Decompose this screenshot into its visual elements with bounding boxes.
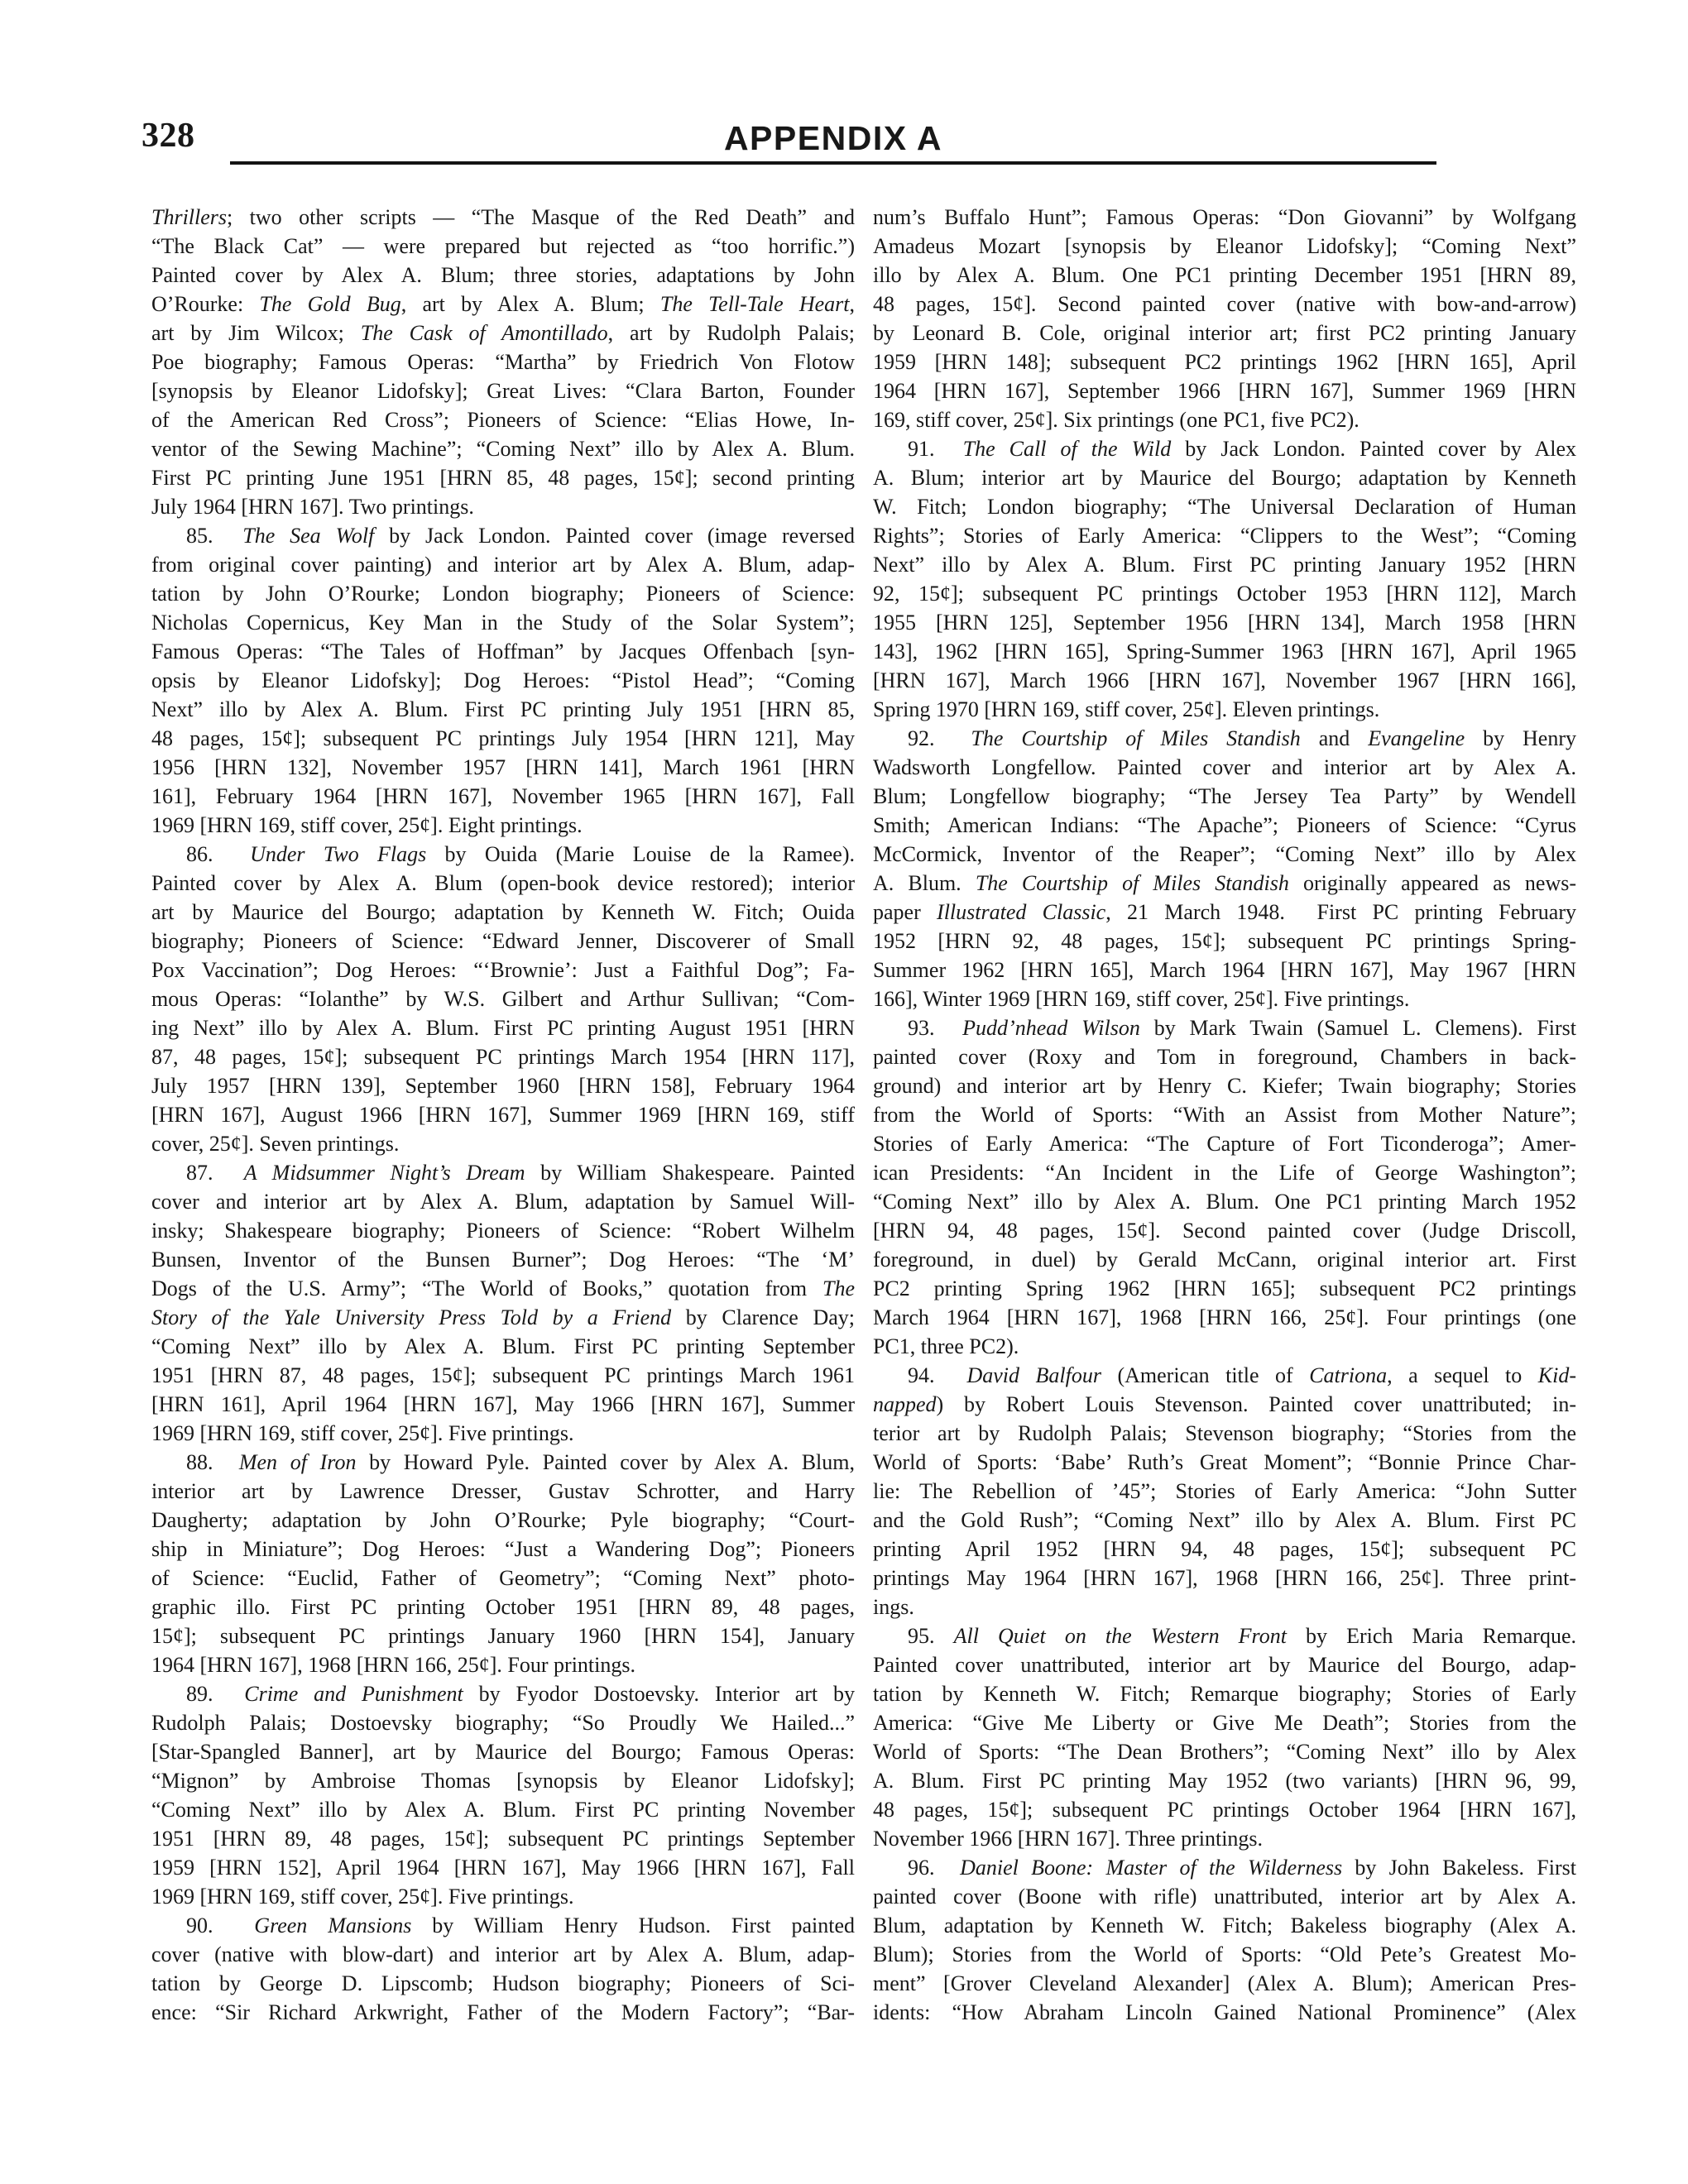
text-line: ican Presidents: “An Incident in the Lif… [873,1158,1576,1187]
text-line: Next” illo by Alex A. Blum. First PC pri… [873,550,1576,579]
text-line: 1969 [HRN 169, stiff cover, 25¢]. Eight … [151,811,855,840]
text-segment: tation by John O’Rourke; London biograph… [151,582,855,606]
text-line: by Leonard B. Cole, original interior ar… [873,318,1576,347]
italic-text-segment: Crime and Punishment [244,1682,463,1706]
italic-text-segment: Green Mansions [254,1913,411,1937]
text-segment: “Coming Next” illo by Alex A. Blum. Firs… [151,1334,855,1358]
text-segment: Spring 1970 [HRN 169, stiff cover, 25¢].… [873,697,1379,721]
text-segment: 92. [908,726,971,750]
text-segment: painted cover (Boone with rifle) unattri… [873,1885,1576,1909]
text-segment: by Leonard B. Cole, original interior ar… [873,321,1576,345]
page-number: 328 [141,118,195,153]
text-segment: , 21 March 1948. First PC printing Febru… [1105,900,1576,924]
text-segment: America: “Give Me Liberty or Give Me Dea… [873,1711,1576,1735]
text-line: illo by Alex A. Blum. One PC1 printing D… [873,261,1576,290]
text-line: 92. The Courtship of Miles Standish and … [873,724,1576,753]
text-line: 1959 [HRN 152], April 1964 [HRN 167], Ma… [151,1853,855,1882]
text-segment: [Star-Spangled Banner], art by Maurice d… [151,1740,855,1764]
text-segment: ground) and interior art by Henry C. Kie… [873,1074,1576,1098]
text-line: painted cover (Boone with rifle) unattri… [873,1882,1576,1911]
text-line: Smith; American Indians: “The Apache”; P… [873,811,1576,840]
text-segment: McCormick, Inventor of the Reaper”; “Com… [873,842,1576,866]
book-page: 328 APPENDIX A Thrillers; two other scri… [0,0,1688,2184]
text-segment: printings May 1964 [HRN 167], 1968 [HRN … [873,1566,1576,1590]
text-segment: Poe biography; Famous Operas: “Martha” b… [151,350,855,374]
text-line: lie: The Rebellion of ’45”; Stories of E… [873,1477,1576,1506]
text-segment: 93. [908,1016,962,1040]
text-segment: and the Gold Rush”; “Coming Next” illo b… [873,1508,1576,1532]
text-line: of the American Red Cross”; Pioneers of … [151,405,855,434]
text-line: of Science: “Euclid, Father of Geometry”… [151,1564,855,1592]
text-segment: lie: The Rebellion of ’45”; Stories of E… [873,1479,1576,1503]
text-segment: First PC printing June 1951 [HRN 85, 48 … [151,466,855,490]
text-segment: 90. [186,1913,254,1937]
italic-text-segment: A Midsummer Night’s Dream [244,1161,525,1185]
text-segment: interior art by Lawrence Dresser, Gustav… [151,1479,855,1503]
text-line: March 1964 [HRN 167], 1968 [HRN 166, 25¢… [873,1303,1576,1332]
text-segment: Dogs of the U.S. Army”; “The World of Bo… [151,1276,822,1300]
text-segment: by Erich Maria Remarque. [1287,1624,1576,1648]
text-segment: of Science: “Euclid, Father of Geometry”… [151,1566,855,1590]
text-line: 166], Winter 1969 [HRN 169, stiff cover,… [873,984,1576,1013]
text-segment: ence: “Sir Richard Arkwright, Father of … [151,2000,855,2024]
text-segment: 169, stiff cover, 25¢]. Six printings (o… [873,408,1360,432]
text-segment: [HRN 167], March 1966 [HRN 167], Novembe… [873,668,1576,692]
text-segment: 15¢]; subsequent PC printings January 19… [151,1624,855,1648]
text-line: napped) by Robert Louis Stevenson. Paint… [873,1390,1576,1419]
text-segment: by William Henry Hudson. First painted [411,1913,855,1937]
text-line: opsis by Eleanor Lidofsky]; Dog Heroes: … [151,666,855,695]
text-segment: 85. [186,524,242,548]
text-segment: by Ouida (Marie Louise de la Ramee). [426,842,855,866]
text-segment: [HRN 161], April 1964 [HRN 167], May 196… [151,1392,855,1416]
text-segment: 1964 [HRN 167], September 1966 [HRN 167]… [873,379,1576,403]
text-segment: originally appeared as news- [1289,871,1576,895]
text-line: 1955 [HRN 125], September 1956 [HRN 134]… [873,608,1576,637]
text-segment: 48 pages, 15¢]; subsequent PC printings … [873,1798,1576,1822]
text-segment: of the American Red Cross”; Pioneers of … [151,408,855,432]
text-line: ground) and interior art by Henry C. Kie… [873,1071,1576,1100]
text-line: McCormick, Inventor of the Reaper”; “Com… [873,840,1576,869]
text-segment: Wadsworth Longfellow. Painted cover and … [873,755,1576,779]
text-segment: illo by Alex A. Blum. One PC1 printing D… [873,263,1576,287]
text-segment: by Mark Twain (Samuel L. Clemens). First [1140,1016,1576,1040]
text-segment: 95. [908,1624,954,1648]
text-segment: Next” illo by Alex A. Blum. First PC pri… [151,697,855,721]
text-line: 87. A Midsummer Night’s Dream by William… [151,1158,855,1187]
text-segment: 92, 15¢]; subsequent PC printings Octobe… [873,582,1576,606]
text-line: 96. Daniel Boone: Master of the Wilderne… [873,1853,1576,1882]
text-segment: tation by George D. Lipscomb; Hudson bio… [151,1971,855,1995]
text-segment: “Coming Next” illo by Alex A. Blum. Firs… [151,1798,855,1822]
text-line: 93. Pudd’nhead Wilson by Mark Twain (Sam… [873,1013,1576,1042]
italic-text-segment: Under Two Flags [250,842,426,866]
text-line: Story of the Yale University Press Told … [151,1303,855,1332]
text-line: 87, 48 pages, 15¢]; subsequent PC printi… [151,1042,855,1071]
text-line: interior art by Lawrence Dresser, Gustav… [151,1477,855,1506]
text-line: printings May 1964 [HRN 167], 1968 [HRN … [873,1564,1576,1592]
text-line: [synopsis by Eleanor Lidofsky]; Great Li… [151,376,855,405]
text-line: ship in Miniature”; Dog Heroes: “Just a … [151,1535,855,1564]
text-segment: , art by Rudolph Palais; [608,321,855,345]
text-segment: art by Jim Wilcox; [151,321,361,345]
text-line: A. Blum. The Courtship of Miles Standish… [873,869,1576,898]
text-segment: World of Sports: ‘Babe’ Ruth’s Great Mom… [873,1450,1576,1474]
text-line: graphic illo. First PC printing October … [151,1592,855,1621]
text-segment: by Henry [1465,726,1576,750]
text-segment: , art by Alex A. Blum; [401,292,660,316]
text-line: ing Next” illo by Alex A. Blum. First PC… [151,1013,855,1042]
text-line: World of Sports: “The Dean Brothers”; “C… [873,1737,1576,1766]
text-segment: Pox Vaccination”; Dog Heroes: “‘Brownie’… [151,958,855,982]
text-line: O’Rourke: The Gold Bug, art by Alex A. B… [151,290,855,318]
text-line: Wadsworth Longfellow. Painted cover and … [873,753,1576,782]
text-line: Dogs of the U.S. Army”; “The World of Bo… [151,1274,855,1303]
text-segment: Stories of Early America: “The Capture o… [873,1132,1576,1156]
italic-text-segment: The Cask of Amontillado [361,321,608,345]
text-line: World of Sports: ‘Babe’ Ruth’s Great Mom… [873,1448,1576,1477]
text-line: 92, 15¢]; subsequent PC printings Octobe… [873,579,1576,608]
text-line: 48 pages, 15¢]; subsequent PC printings … [873,1795,1576,1824]
text-line: 15¢]; subsequent PC printings January 19… [151,1621,855,1650]
text-segment: terior art by Rudolph Palais; Stevenson … [873,1421,1576,1445]
text-segment: biography; Pioneers of Science: “Edward … [151,929,855,953]
italic-text-segment: Pudd’nhead Wilson [962,1016,1140,1040]
text-segment: [synopsis by Eleanor Lidofsky]; Great Li… [151,379,855,403]
text-segment: Amadeus Mozart [synopsis by Eleanor Lido… [873,234,1576,258]
text-segment: 91. [908,437,963,461]
text-line: mous Operas: “Iolanthe” by W.S. Gilbert … [151,984,855,1013]
text-line: Painted cover by Alex A. Blum; three sto… [151,261,855,290]
text-segment: 89. [186,1682,244,1706]
text-segment: printing April 1952 [HRN 94, 48 pages, 1… [873,1537,1576,1561]
text-line: printing April 1952 [HRN 94, 48 pages, 1… [873,1535,1576,1564]
italic-text-segment: Daniel Boone: Master of the Wilderness [960,1856,1342,1880]
italic-text-segment: The Courtship of Miles Standish [976,871,1289,895]
text-segment: painted cover (Roxy and Tom in foregroun… [873,1045,1576,1069]
text-line: 161], February 1964 [HRN 167], November … [151,782,855,811]
text-segment: “Mignon” by Ambroise Thomas [synopsis by… [151,1769,855,1793]
text-segment: Rights”; Stories of Early America: “Clip… [873,524,1576,548]
text-line: Bunsen, Inventor of the Bunsen Burner”; … [151,1245,855,1274]
text-segment: cover, 25¢]. Seven printings. [151,1132,399,1156]
text-line: 85. The Sea Wolf by Jack London. Painted… [151,521,855,550]
text-segment: 86. [186,842,250,866]
text-line: Stories of Early America: “The Capture o… [873,1129,1576,1158]
text-line: Painted cover by Alex A. Blum (open-book… [151,869,855,898]
text-line: 48 pages, 15¢]. Second painted cover (na… [873,290,1576,318]
text-line: painted cover (Roxy and Tom in foregroun… [873,1042,1576,1071]
text-line: tation by Kenneth W. Fitch; Remarque bio… [873,1679,1576,1708]
text-segment: , a sequel to [1387,1363,1538,1387]
italic-text-segment: Thrillers [151,205,227,229]
text-line: ings. [873,1592,1576,1621]
text-segment: ment” [Grover Cleveland Alexander] (Alex… [873,1971,1576,1995]
text-segment: by Howard Pyle. Painted cover by Alex A.… [356,1450,855,1474]
text-segment: , [850,292,855,316]
text-line: ventor of the Sewing Machine”; “Coming N… [151,434,855,463]
text-segment: by Clarence Day; [671,1305,855,1329]
text-segment: [HRN 94, 48 pages, 15¢]. Second painted … [873,1219,1576,1243]
text-line: 1959 [HRN 148]; subsequent PC2 printings… [873,347,1576,376]
text-line: 48 pages, 15¢]; subsequent PC printings … [151,724,855,753]
italic-text-segment: Evangeline [1368,726,1465,750]
text-segment: tation by Kenneth W. Fitch; Remarque bio… [873,1682,1576,1706]
text-segment: by Jack London. Painted cover by Alex [1171,437,1576,461]
text-line: 94. David Balfour (American title of Cat… [873,1361,1576,1390]
text-column-left: Thrillers; two other scripts — “The Masq… [151,203,855,2027]
italic-text-segment: Kid- [1538,1363,1576,1387]
text-line: “Coming Next” illo by Alex A. Blum. Firs… [151,1795,855,1824]
text-segment: 96. [908,1856,960,1880]
text-line: 1951 [HRN 87, 48 pages, 15¢]; subsequent… [151,1361,855,1390]
italic-text-segment: All Quiet on the Western Front [954,1624,1287,1648]
text-line: “Coming Next” illo by Alex A. Blum. Firs… [151,1332,855,1361]
text-segment: Blum); Stories from the World of Sports:… [873,1942,1576,1966]
text-segment: Rudolph Palais; Dostoevsky biography; “S… [151,1711,855,1735]
text-segment: 1952 [HRN 92, 48 pages, 15¢]; subsequent… [873,929,1576,953]
text-segment: 94. [908,1363,966,1387]
text-line: cover, 25¢]. Seven printings. [151,1129,855,1158]
text-line: and the Gold Rush”; “Coming Next” illo b… [873,1506,1576,1535]
text-segment: Next” illo by Alex A. Blum. First PC pri… [873,553,1576,577]
text-segment: 1959 [HRN 148]; subsequent PC2 printings… [873,350,1576,374]
text-segment: (American title of [1101,1363,1309,1387]
text-segment: ican Presidents: “An Incident in the Lif… [873,1161,1576,1185]
text-segment: A. Blum; interior art by Maurice del Bou… [873,466,1576,490]
text-column-right: num’s Buffalo Hunt”; Famous Operas: “Don… [873,203,1576,2027]
text-line: biography; Pioneers of Science: “Edward … [151,927,855,955]
text-line: art by Maurice del Bourgo; adaptation by… [151,898,855,927]
text-line: [Star-Spangled Banner], art by Maurice d… [151,1737,855,1766]
text-segment: World of Sports: “The Dean Brothers”; “C… [873,1740,1576,1764]
text-line: 86. Under Two Flags by Ouida (Marie Loui… [151,840,855,869]
header-rule [230,161,1436,165]
text-segment: 48 pages, 15¢]; subsequent PC printings … [151,726,855,750]
text-line: Rudolph Palais; Dostoevsky biography; “S… [151,1708,855,1737]
text-line: Pox Vaccination”; Dog Heroes: “‘Brownie’… [151,955,855,984]
text-segment: Smith; American Indians: “The Apache”; P… [873,813,1576,837]
text-segment: paper [873,900,937,924]
text-segment: 87, 48 pages, 15¢]; subsequent PC printi… [151,1045,855,1069]
text-segment: 88. [186,1450,239,1474]
text-line: Summer 1962 [HRN 165], March 1964 [HRN 1… [873,955,1576,984]
text-segment: 143], 1962 [HRN 165], Spring-Summer 1963… [873,639,1576,663]
text-line: W. Fitch; London biography; “The Univers… [873,492,1576,521]
text-segment: O’Rourke: [151,292,259,316]
text-line: Next” illo by Alex A. Blum. First PC pri… [151,695,855,724]
text-line: Spring 1970 [HRN 169, stiff cover, 25¢].… [873,695,1576,724]
text-line: 1964 [HRN 167], 1968 [HRN 166, 25¢]. Fou… [151,1650,855,1679]
text-segment: by Jack London. Painted cover (image rev… [374,524,855,548]
text-segment: 1955 [HRN 125], September 1956 [HRN 134]… [873,611,1576,635]
text-line: Blum); Stories from the World of Sports:… [873,1940,1576,1969]
text-line: 143], 1962 [HRN 165], Spring-Summer 1963… [873,637,1576,666]
italic-text-segment: Illustrated Classic [937,900,1105,924]
text-segment: from the World of Sports: “With an Assis… [873,1103,1576,1127]
text-line: “Mignon” by Ambroise Thomas [synopsis by… [151,1766,855,1795]
text-line: insky; Shakespeare biography; Pioneers o… [151,1216,855,1245]
italic-text-segment: Catriona [1309,1363,1387,1387]
text-segment: March 1964 [HRN 167], 1968 [HRN 166, 25¢… [873,1305,1576,1329]
text-segment: W. Fitch; London biography; “The Univers… [873,495,1576,519]
text-segment: A. Blum. First PC printing May 1952 (two… [873,1769,1576,1793]
text-line: art by Jim Wilcox; The Cask of Amontilla… [151,318,855,347]
text-segment: by William Shakespeare. Painted [525,1161,855,1185]
text-segment: Painted cover by Alex A. Blum (open-book… [151,871,855,895]
text-segment: Summer 1962 [HRN 165], March 1964 [HRN 1… [873,958,1576,982]
italic-text-segment: The Sea Wolf [242,524,374,548]
text-line: Amadeus Mozart [synopsis by Eleanor Lido… [873,232,1576,261]
italic-text-segment: Men of Iron [239,1450,357,1474]
text-line: A. Blum; interior art by Maurice del Bou… [873,463,1576,492]
text-segment: 1956 [HRN 132], November 1957 [HRN 141],… [151,755,855,779]
text-segment: ing Next” illo by Alex A. Blum. First PC… [151,1016,855,1040]
text-line: 1951 [HRN 89, 48 pages, 15¢]; subsequent… [151,1824,855,1853]
text-line: num’s Buffalo Hunt”; Famous Operas: “Don… [873,203,1576,232]
text-segment: [HRN 167], August 1966 [HRN 167], Summer… [151,1103,855,1127]
text-segment: 48 pages, 15¢]. Second painted cover (na… [873,292,1576,316]
text-segment: Nicholas Copernicus, Key Man in the Stud… [151,611,855,635]
text-segment: A. Blum. [873,871,976,895]
text-line: tation by George D. Lipscomb; Hudson bio… [151,1969,855,1998]
text-line: PC1, three PC2). [873,1332,1576,1361]
text-line: 1956 [HRN 132], November 1957 [HRN 141],… [151,753,855,782]
italic-text-segment: Story of the Yale University Press Told … [151,1305,671,1329]
text-segment: foreground, in duel) by Gerald McCann, o… [873,1248,1576,1272]
italic-text-segment: napped [873,1392,937,1416]
text-line: Thrillers; two other scripts — “The Masq… [151,203,855,232]
text-segment: 1969 [HRN 169, stiff cover, 25¢]. Five p… [151,1885,574,1909]
italic-text-segment: The Tell-Tale Heart [660,292,850,316]
text-line: [HRN 94, 48 pages, 15¢]. Second painted … [873,1216,1576,1245]
text-segment: Famous Operas: “The Tales of Hoffman” by… [151,639,855,663]
text-segment: art by Maurice del Bourgo; adaptation by… [151,900,855,924]
text-line: cover (native with blow-dart) and interi… [151,1940,855,1969]
text-line: [HRN 167], August 1966 [HRN 167], Summer… [151,1100,855,1129]
text-segment: num’s Buffalo Hunt”; Famous Operas: “Don… [873,205,1576,229]
text-line: Painted cover unattributed, interior art… [873,1650,1576,1679]
running-header: APPENDIX A [230,122,1436,156]
text-segment: Bunsen, Inventor of the Bunsen Burner”; … [151,1248,855,1272]
text-line: 90. Green Mansions by William Henry Huds… [151,1911,855,1940]
text-line: tation by John O’Rourke; London biograph… [151,579,855,608]
text-segment: 1951 [HRN 87, 48 pages, 15¢]; subsequent… [151,1363,855,1387]
text-segment: PC1, three PC2). [873,1334,1019,1358]
text-line: “Coming Next” illo by Alex A. Blum. One … [873,1187,1576,1216]
text-line: ence: “Sir Richard Arkwright, Father of … [151,1998,855,2027]
text-segment: November 1966 [HRN 167]. Three printings… [873,1827,1263,1851]
text-segment: Blum; Longfellow biography; “The Jersey … [873,784,1576,808]
text-line: from the World of Sports: “With an Assis… [873,1100,1576,1129]
text-line: cover and interior art by Alex A. Blum, … [151,1187,855,1216]
text-line: 1964 [HRN 167], September 1966 [HRN 167]… [873,376,1576,405]
text-line: “The Black Cat” — were prepared but reje… [151,232,855,261]
text-segment: insky; Shakespeare biography; Pioneers o… [151,1219,855,1243]
text-line: Nicholas Copernicus, Key Man in the Stud… [151,608,855,637]
text-segment: Blum, adaptation by Kenneth W. Fitch; Ba… [873,1913,1576,1937]
text-line: Poe biography; Famous Operas: “Martha” b… [151,347,855,376]
text-line: 91. The Call of the Wild by Jack London.… [873,434,1576,463]
text-line: paper Illustrated Classic, 21 March 1948… [873,898,1576,927]
text-segment: mous Operas: “Iolanthe” by W.S. Gilbert … [151,987,855,1011]
text-segment: from original cover painting) and interi… [151,553,855,577]
text-segment: opsis by Eleanor Lidofsky]; Dog Heroes: … [151,668,855,692]
text-line: Blum; Longfellow biography; “The Jersey … [873,782,1576,811]
text-line: PC2 printing Spring 1962 [HRN 165]; subs… [873,1274,1576,1303]
text-segment: ) by Robert Louis Stevenson. Painted cov… [937,1392,1576,1416]
text-segment: ings. [873,1595,914,1619]
text-segment: 1969 [HRN 169, stiff cover, 25¢]. Eight … [151,813,583,837]
text-line: November 1966 [HRN 167]. Three printings… [873,1824,1576,1853]
text-line: Blum, adaptation by Kenneth W. Fitch; Ba… [873,1911,1576,1940]
text-segment: Painted cover unattributed, interior art… [873,1653,1576,1677]
text-line: First PC printing June 1951 [HRN 85, 48 … [151,463,855,492]
text-segment: cover and interior art by Alex A. Blum, … [151,1190,855,1214]
text-line: [HRN 167], March 1966 [HRN 167], Novembe… [873,666,1576,695]
text-line: July 1957 [HRN 139], September 1960 [HRN… [151,1071,855,1100]
text-line: terior art by Rudolph Palais; Stevenson … [873,1419,1576,1448]
text-segment: 1951 [HRN 89, 48 pages, 15¢]; subsequent… [151,1827,855,1851]
text-segment: July 1964 [HRN 167]. Two printings. [151,495,474,519]
italic-text-segment: The Gold Bug [259,292,400,316]
italic-text-segment: The Call of the Wild [963,437,1172,461]
text-segment: PC2 printing Spring 1962 [HRN 165]; subs… [873,1276,1576,1300]
text-segment: and [1301,726,1368,750]
text-line: Famous Operas: “The Tales of Hoffman” by… [151,637,855,666]
text-segment: July 1957 [HRN 139], September 1960 [HRN… [151,1074,855,1098]
text-segment: “The Black Cat” — were prepared but reje… [151,234,855,258]
text-segment: by Fyodor Dostoevsky. Interior art by [463,1682,855,1706]
italic-text-segment: David Balfour [966,1363,1101,1387]
text-segment: 1959 [HRN 152], April 1964 [HRN 167], Ma… [151,1856,855,1880]
text-line: 1969 [HRN 169, stiff cover, 25¢]. Five p… [151,1882,855,1911]
text-segment: by John Bakeless. First [1342,1856,1576,1880]
text-segment: ventor of the Sewing Machine”; “Coming N… [151,437,855,461]
text-line: Daugherty; adaptation by John O’Rourke; … [151,1506,855,1535]
text-segment: ship in Miniature”; Dog Heroes: “Just a … [151,1537,855,1561]
text-line: idents: “How Abraham Lincoln Gained Nati… [873,1998,1576,2027]
text-line: 169, stiff cover, 25¢]. Six printings (o… [873,405,1576,434]
text-segment: 161], February 1964 [HRN 167], November … [151,784,855,808]
text-segment: cover (native with blow-dart) and interi… [151,1942,855,1966]
text-line: from original cover painting) and interi… [151,550,855,579]
text-line: Rights”; Stories of Early America: “Clip… [873,521,1576,550]
text-segment: 1969 [HRN 169, stiff cover, 25¢]. Five p… [151,1421,574,1445]
text-segment: Painted cover by Alex A. Blum; three sto… [151,263,855,287]
text-segment: ; two other scripts — “The Masque of the… [227,205,855,229]
text-segment: 166], Winter 1969 [HRN 169, stiff cover,… [873,987,1409,1011]
text-segment: “Coming Next” illo by Alex A. Blum. One … [873,1190,1576,1214]
italic-text-segment: The [822,1276,855,1300]
italic-text-segment: The Courtship of Miles Standish [971,726,1300,750]
text-line: foreground, in duel) by Gerald McCann, o… [873,1245,1576,1274]
text-line: 1952 [HRN 92, 48 pages, 15¢]; subsequent… [873,927,1576,955]
text-line: A. Blum. First PC printing May 1952 (two… [873,1766,1576,1795]
text-line: [HRN 161], April 1964 [HRN 167], May 196… [151,1390,855,1419]
text-line: 95. All Quiet on the Western Front by Er… [873,1621,1576,1650]
text-line: 89. Crime and Punishment by Fyodor Dosto… [151,1679,855,1708]
text-line: America: “Give Me Liberty or Give Me Dea… [873,1708,1576,1737]
text-segment: 1964 [HRN 167], 1968 [HRN 166, 25¢]. Fou… [151,1653,635,1677]
text-segment: Daugherty; adaptation by John O’Rourke; … [151,1508,855,1532]
text-segment: idents: “How Abraham Lincoln Gained Nati… [873,2000,1576,2024]
text-line: 88. Men of Iron by Howard Pyle. Painted … [151,1448,855,1477]
text-line: ment” [Grover Cleveland Alexander] (Alex… [873,1969,1576,1998]
text-line: July 1964 [HRN 167]. Two printings. [151,492,855,521]
text-line: 1969 [HRN 169, stiff cover, 25¢]. Five p… [151,1419,855,1448]
text-segment: 87. [186,1161,244,1185]
